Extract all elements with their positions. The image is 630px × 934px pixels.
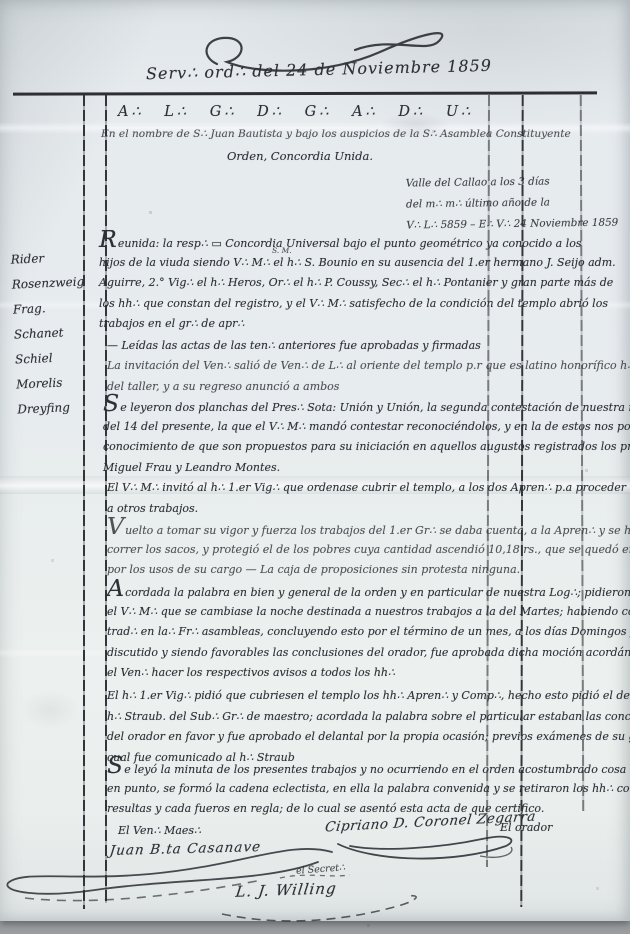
- body-line: el Ven∴ hacer los respectivos avisos a t…: [107, 663, 585, 684]
- body-line: Miguel Frau y Leandro Montes.: [103, 458, 581, 479]
- margin-name: Frag.: [12, 294, 85, 322]
- body-line: h∴ Straub. del Sub∴ Gr∴ de maestro; acor…: [107, 707, 585, 728]
- venerable-master-title: El Ven∴ Maes∴: [118, 824, 201, 837]
- body-line: en punto, se formó la cadena eclectista,…: [107, 779, 585, 800]
- body-line: correr los sacos, y protegió el de los p…: [107, 540, 585, 561]
- body-line: del 14 del presente, la que el V∴ M∴ man…: [103, 417, 581, 438]
- scan-specks: [0, 0, 1, 1]
- body-line: El h∴ 1.er Vig∴ pidió que cubriesen el t…: [107, 686, 585, 707]
- dateline-block: Valle del Callao a los 3 días del m∴ m∴ …: [406, 171, 619, 237]
- body-paragraph: Se leyeron dos planchas del Pres∴ Sota: …: [103, 396, 581, 478]
- dateline-line: del m∴ m∴ último año de la: [406, 192, 618, 216]
- body-line: El V∴ M∴ invitó al h∴ 1.er Vig∴ que orde…: [107, 478, 585, 499]
- margin-attendee-names: Rider Rosenzweig Frag. Schanet Schiel Mo…: [10, 245, 90, 423]
- orator-title: El orador: [500, 821, 552, 834]
- body-line: del taller, y a su regreso anunció a amb…: [107, 377, 585, 398]
- invocation-line: En el nombre de S∴ Juan Bautista y bajo …: [101, 128, 571, 140]
- body-line: el V∴ M∴ que se cambiase la noche destin…: [107, 602, 585, 623]
- body-line: del orador en favor y fue aprobado el de…: [107, 727, 585, 748]
- dateline-line: Valle del Callao a los 3 días: [406, 171, 618, 195]
- body-line: discutido y siendo favorables las conclu…: [107, 643, 585, 664]
- body-paragraph: El V∴ M∴ invitó al h∴ 1.er Vig∴ que orde…: [107, 478, 585, 519]
- body-line: Acordada la palabra en bien y general de…: [107, 581, 585, 602]
- scanned-manuscript-page: { "colors": { "ink": "#2e3037", "paper":…: [0, 0, 630, 934]
- body-paragraph: — Leídas las actas de las ten∴ anteriore…: [107, 336, 585, 357]
- margin-name: Schiel: [15, 344, 88, 372]
- body-line: Se leyeron dos planchas del Pres∴ Sota: …: [103, 396, 581, 417]
- body-line: Vuelto a tomar su vigor y fuerza los tra…: [107, 519, 585, 540]
- order-line: Orden, Concordia Unida.: [195, 149, 405, 163]
- body-line: por los usos de su cargo — La caja de pr…: [107, 560, 585, 581]
- body-line: conocimiento de que son propuestos para …: [103, 437, 581, 458]
- body-paragraph: Reunida: la resp∴ ▭ Concordia Universal …: [99, 232, 577, 335]
- body-line: hijos de la viuda siendo V∴ M∴ el h∴ S. …: [99, 253, 577, 274]
- secretary-signature: L. J. Willing: [235, 879, 338, 900]
- ruled-line-left-outer: [83, 95, 85, 909]
- body-line: — Leídas las actas de las ten∴ anteriore…: [107, 336, 585, 357]
- body-line: Aguirre, 2.° Vig∴ el h∴ Heros, Or∴ el h∴…: [99, 273, 577, 294]
- body-paragraph: El h∴ 1.er Vig∴ pidió que cubriesen el t…: [107, 686, 585, 768]
- body-paragraph: Acordada la palabra en bien y general de…: [107, 581, 585, 684]
- body-line: La invitación del Ven∴ salió de Ven∴ de …: [107, 356, 585, 377]
- body-paragraph: La invitación del Ven∴ salió de Ven∴ de …: [107, 356, 585, 397]
- dedication-line: A∴ L∴ G∴ D∴ G∴ A∴ D∴ U∴: [118, 104, 473, 120]
- body-line: trad∴ en la∴ Fr∴ asambleas, concluyendo …: [107, 622, 585, 643]
- margin-name: Rosenzweig: [11, 269, 84, 297]
- margin-name: Morelis: [16, 369, 89, 397]
- body-line: trabajos en el gr∴ de apr∴: [99, 314, 577, 335]
- body-line: Reunida: la resp∴ ▭ Concordia Universal …: [99, 232, 577, 253]
- body-line: Se leyó la minuta de los presentes traba…: [107, 758, 585, 779]
- body-line: los hh∴ que constan del registro, y el V…: [99, 294, 577, 315]
- margin-name: Dreyfing: [17, 394, 90, 422]
- paper-stain: [20, 690, 80, 730]
- body-paragraph: Vuelto a tomar su vigor y fuerza los tra…: [107, 519, 585, 581]
- body-line: a otros trabajos.: [107, 499, 585, 520]
- margin-name: Rider: [10, 245, 83, 273]
- margin-name: Schanet: [13, 319, 86, 347]
